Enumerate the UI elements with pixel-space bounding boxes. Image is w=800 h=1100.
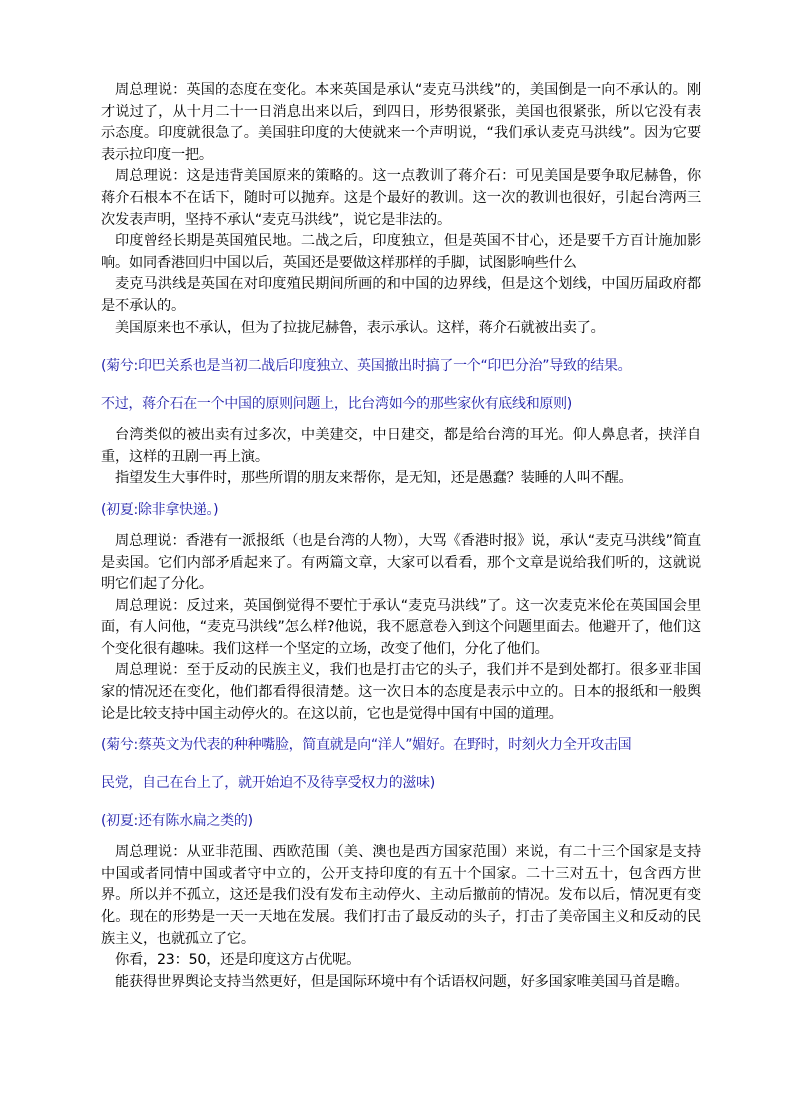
- document-body: 周总理说：英国的态度在变化。本来英国是承认“麦克马洪线”的，美国倒是一向不承认的…: [101, 80, 701, 993]
- paragraph-zhou-uk-attitude: 周总理说：英国的态度在变化。本来英国是承认“麦克马洪线”的，美国倒是一向不承认的…: [101, 80, 701, 166]
- paragraph-zhou-uk-reverse: 周总理说：反过来，英国倒觉得不要忙于承认“麦克马洪线”了。这一次麦克米伦在英国国…: [101, 596, 701, 661]
- comment-juxi-tsai-line1: (菊兮:蔡英文为代表的种种嘴脸，简直就是向“洋人”媚好。在野时，时刻火力全开攻击…: [101, 735, 701, 756]
- paragraph-taiwan-betrayed: 台湾类似的被出卖有过多次，中美建交，中日建交，都是给台湾的耳光。仰人鼻息者，挟洋…: [101, 425, 701, 468]
- spacer: [101, 339, 701, 356]
- paragraph-world-opinion: 能获得世界舆论支持当然更好，但是国际环境中有个话语权问题，好多国家唯美国马首是瞻…: [101, 972, 701, 994]
- comment-juxi-tsai-line2: 民党，自己在台上了，就开始迫不及待享受权力的滋味): [101, 773, 701, 794]
- paragraph-23-50: 你看，23：50，还是印度这方占优呢。: [101, 950, 701, 972]
- paragraph-india-colony: 印度曾经长期是英国殖民地。二战之后，印度独立，但是英国不甘心，还是要千方百计施加…: [101, 231, 701, 274]
- paragraph-us-recognition: 美国原来也不承认，但为了拉拢尼赫鲁，表示承认。这样，蒋介石就被出卖了。: [101, 318, 701, 340]
- paragraph-friends-help: 指望发生大事件时，那些所谓的朋友来帮你，是无知，还是愚蠢？装睡的人叫不醒。: [101, 468, 701, 490]
- comment-juxi-chiang-principle: 不过，蒋介石在一个中国的原则问题上，比台湾如今的那些家伙有底线和原则): [101, 394, 701, 415]
- spacer: [101, 794, 701, 811]
- paragraph-zhou-lesson-chiang: 周总理说：这是违背美国原来的策略的。这一点教训了蒋介石：可见美国是要争取尼赫鲁，…: [101, 166, 701, 231]
- comment-chuxia-chen: (初夏:还有陈水扁之类的): [101, 811, 701, 832]
- comment-chuxia-delivery: (初夏:除非拿快递。): [101, 500, 701, 521]
- spacer: [101, 415, 701, 425]
- paragraph-zhou-nationalism: 周总理说：至于反动的民族主义，我们也是打击它的头子，我们并不是到处都打。很多亚非…: [101, 660, 701, 725]
- comment-juxi-india-pakistan: (菊兮:印巴关系也是当初二战后印度独立、英国撤出时搞了一个“印巴分治”导致的结果…: [101, 356, 701, 377]
- spacer: [101, 521, 701, 531]
- spacer: [101, 490, 701, 500]
- spacer: [101, 377, 701, 394]
- paragraph-zhou-23-countries: 周总理说：从亚非范围、西欧范围（美、澳也是西方国家范围）来说，有二十三个国家是支…: [101, 842, 701, 950]
- spacer: [101, 725, 701, 735]
- paragraph-mcmahon-line: 麦克马洪线是英国在对印度殖民期间所画的和中国的边界线，但是这个划线，中国历届政府…: [101, 274, 701, 317]
- paragraph-zhou-hongkong-papers: 周总理说：香港有一派报纸（也是台湾的人物），大骂《香港时报》说，承认“麦克马洪线…: [101, 531, 701, 596]
- spacer: [101, 832, 701, 842]
- spacer: [101, 756, 701, 773]
